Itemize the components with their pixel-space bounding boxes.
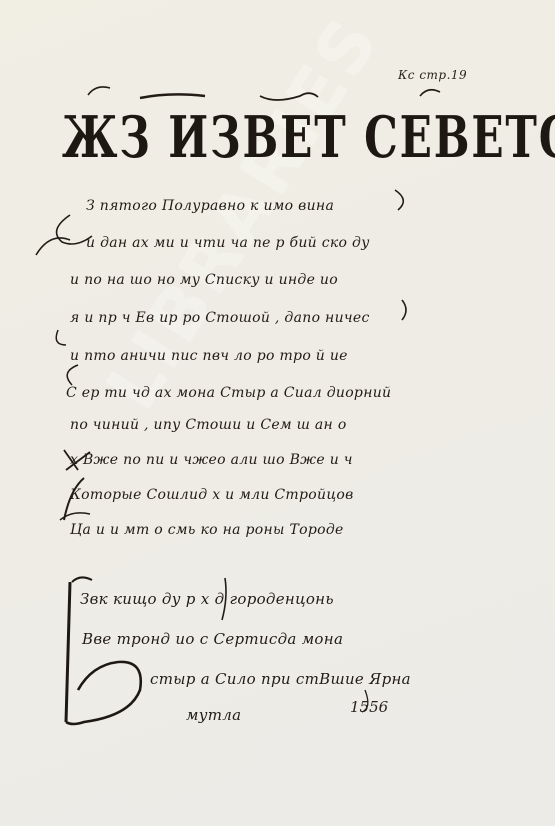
text-line: по чиний , ипу Стоши и Сем ш ан о (70, 417, 347, 433)
text-line: Вве тронд ио с Сертисда мона (82, 630, 343, 648)
text-line: Ца и и мт о смь ко на роны Тороде (70, 522, 344, 538)
text-line: С ер ти чд ах мона Стыр а Сиал диорний (66, 385, 391, 401)
text-line: стыр а Сило при стВшие Ярна (150, 670, 411, 688)
text-line: З пятого Полуравно к имо вина (86, 198, 334, 214)
text-line: и по на шо но му Списку и инде ио (70, 272, 338, 288)
page-heading: ЖЗ ИЗВЕТ СЕВЕТСМИХ (62, 108, 555, 166)
text-line: и дан ах ми и чти ча пе р бий ско ду (86, 235, 370, 251)
manuscript-page: LIBRARIES Кс стр.19 ЖЗ ИЗВЕТ СЕВЕТСМИХ З… (0, 0, 555, 826)
text-line: и пто аничи пис пвч ло ро тро й ие (70, 348, 348, 364)
text-line: мутла (186, 706, 241, 724)
page-reference-note: Кс стр.19 (398, 68, 467, 82)
year-note: 1556 (350, 698, 388, 716)
text-line: х Вже по пи и чжео али шо Вже и ч (70, 452, 353, 468)
text-line: я и пр ч Ев ир ро Стошой , дапо ничес (70, 310, 370, 326)
text-line: Звк кищо ду р х д городенцонь (80, 590, 334, 608)
text-line: Которые Сошлид х и мли Стройцов (70, 487, 354, 503)
